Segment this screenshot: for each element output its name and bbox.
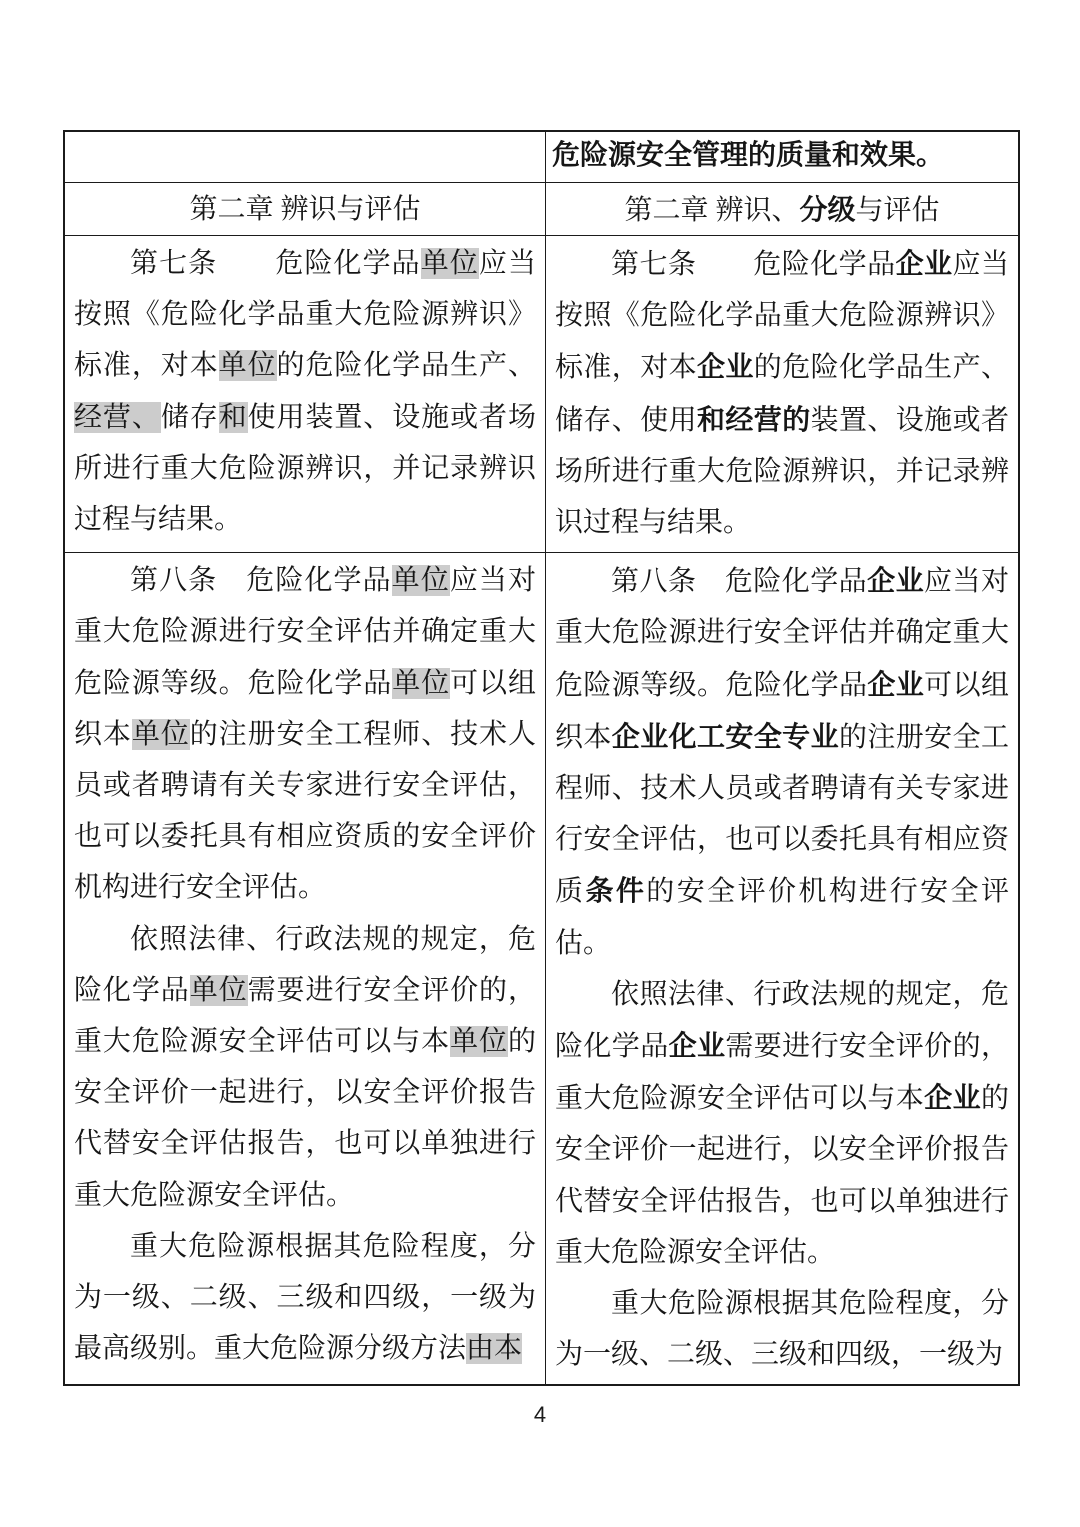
paragraph: 重大危险源根据其危险程度，分为一级、二级、三级和四级，一级为最高级别。重大危险源… (74, 1221, 536, 1375)
revised-bold-text: 企业 (924, 1082, 981, 1113)
old-article-8-cell: 第八条 危险化学品单位应当对重大危险源进行安全评估并确定重大危险源等级。危险化学… (65, 553, 545, 1384)
text-segment: 的危险化学品生产、 (277, 350, 536, 381)
text-segment: 第二章 辨识与评估 (189, 194, 420, 225)
new-article-7-cell: 第七条 危险化学品企业应当按照《危险化学品重大危险源辨识》标准，对本企业的危险化… (545, 236, 1018, 552)
revised-bold-text: 条件 (585, 875, 646, 906)
highlighted-deleted-text: 单位 (421, 248, 479, 279)
paragraph: 第七条 危险化学品单位应当按照《危险化学品重大危险源辨识》标准，对本单位的危险化… (74, 238, 536, 545)
text-segment: 第二章 辨识、 (624, 195, 799, 226)
new-chapter-heading-cell: 第二章 辨识、分级与评估 (545, 183, 1018, 235)
revised-bold-text: 企业 (867, 565, 924, 596)
paragraph: 第二章 辨识、分级与评估 (555, 185, 1009, 235)
highlighted-deleted-text: 单位 (450, 1026, 508, 1057)
revised-bold-text: 危险源安全管理的质量和效果。 (552, 139, 944, 170)
highlighted-deleted-text: 单位 (132, 719, 190, 750)
comparison-table: 危险源安全管理的质量和效果。 第二章 辨识与评估 第二章 辨识、分级与评估 第七… (63, 130, 1020, 1386)
document-page: 危险源安全管理的质量和效果。 第二章 辨识与评估 第二章 辨识、分级与评估 第七… (0, 0, 1080, 1527)
continuation-row: 危险源安全管理的质量和效果。 (65, 132, 1018, 182)
revised-bold-text: 企业 (697, 351, 754, 382)
highlighted-deleted-text: 和 (219, 402, 248, 433)
paragraph: 第八条 危险化学品企业应当对重大危险源进行安全评估并确定重大危险源等级。危险化学… (555, 555, 1009, 969)
revised-bold-text: 企业 (669, 1030, 726, 1061)
text-segment: 第八条 危险化学品 (611, 566, 867, 597)
highlighted-deleted-text: 单位 (190, 975, 248, 1006)
text-segment: 第七条 危险化学品 (130, 248, 421, 279)
paragraph: 危险源安全管理的质量和效果。 (552, 132, 1012, 179)
revised-bold-text: 和经营的 (697, 404, 811, 435)
revised-bold-text: 企业 (896, 248, 953, 279)
article-8-row: 第八条 危险化学品单位应当对重大危险源进行安全评估并确定重大危险源等级。危险化学… (65, 552, 1018, 1384)
old-text-cell-continuation (65, 132, 545, 182)
highlighted-deleted-text: 经营、 (74, 402, 161, 433)
revised-bold-text: 分级 (799, 194, 855, 225)
paragraph: 依照法律、行政法规的规定，危险化学品单位需要进行安全评价的，重大危险源安全评估可… (74, 914, 536, 1221)
highlighted-deleted-text: 单位 (392, 565, 450, 596)
revised-bold-text: 企业化工安全专业 (612, 721, 839, 752)
revised-bold-text: 企业 (867, 669, 924, 700)
old-article-7-cell: 第七条 危险化学品单位应当按照《危险化学品重大危险源辨识》标准，对本单位的危险化… (65, 236, 545, 552)
paragraph: 第二章 辨识与评估 (74, 185, 536, 235)
text-segment: 第七条 危险化学品 (611, 249, 896, 280)
new-article-8-cell: 第八条 危险化学品企业应当对重大危险源进行安全评估并确定重大危险源等级。危险化学… (545, 553, 1018, 1384)
article-7-row: 第七条 危险化学品单位应当按照《危险化学品重大危险源辨识》标准，对本单位的危险化… (65, 235, 1018, 552)
highlighted-deleted-text: 单位 (392, 668, 450, 699)
text-segment: 与评估 (856, 195, 940, 226)
highlighted-deleted-text: 由本 (466, 1333, 522, 1364)
paragraph: 重大危险源根据其危险程度，分为一级、二级、三级和四级，一级为 (555, 1278, 1009, 1380)
paragraph: 第七条 危险化学品企业应当按照《危险化学品重大危险源辨识》标准，对本企业的危险化… (555, 238, 1009, 548)
chapter-heading-row: 第二章 辨识与评估 第二章 辨识、分级与评估 (65, 182, 1018, 235)
highlighted-deleted-text: 单位 (219, 350, 277, 381)
page-number: 4 (0, 1402, 1080, 1428)
new-text-cell-continuation: 危险源安全管理的质量和效果。 (545, 132, 1018, 182)
paragraph: 依照法律、行政法规的规定，危险化学品企业需要进行安全评价的，重大危险源安全评估可… (555, 969, 1009, 1278)
text-segment: 第八条 危险化学品 (130, 565, 392, 596)
paragraph: 第八条 危险化学品单位应当对重大危险源进行安全评估并确定重大危险源等级。危险化学… (74, 555, 536, 913)
text-segment: 储存 (161, 402, 219, 433)
text-segment: 重大危险源根据其危险程度，分为一级、二级、三级和四级，一级为 (555, 1288, 1009, 1370)
old-chapter-heading-cell: 第二章 辨识与评估 (65, 183, 545, 235)
